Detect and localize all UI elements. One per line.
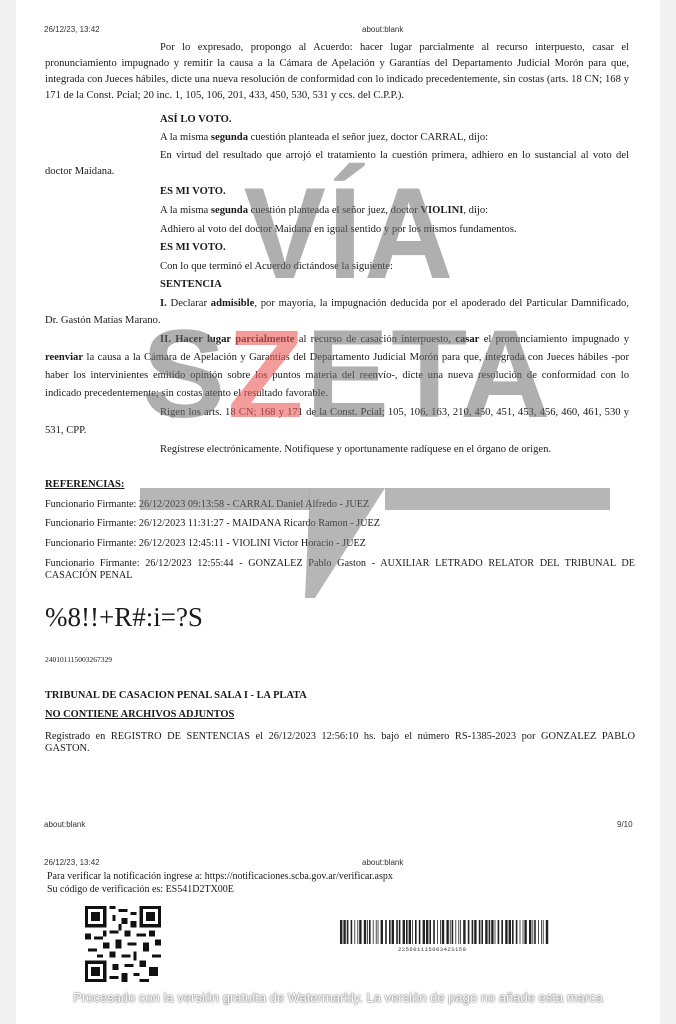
next-print-datetime: 26/12/23, 13:42: [44, 858, 100, 867]
footer-url: about:blank: [44, 820, 85, 829]
page-number: 9/10: [617, 820, 633, 829]
carral-vote: En virtud del resultado que arrojó el tr…: [45, 148, 629, 180]
print-datetime: 26/12/23, 13:42: [44, 25, 100, 34]
print-url: about:blank: [362, 25, 403, 34]
barcode-number: 22560111500342S150: [398, 946, 466, 953]
violini-intro: A la misma segunda cuestión planteada el…: [160, 203, 488, 219]
registro-text: Registrado en REGISTRO DE SENTENCIAS el …: [45, 731, 635, 755]
text: cuestión planteada el señor juez, doctor…: [248, 132, 488, 143]
con-lo-que: Con lo que terminó el Acuerdo dictándose…: [160, 259, 393, 275]
bold-text: I.: [160, 298, 167, 309]
carral-intro: A la misma segunda cuestión planteada el…: [160, 130, 488, 146]
bold-text: II. Hacer lugar parcialmente: [160, 334, 294, 345]
text: A la misma: [160, 132, 211, 143]
text: la causa a la Cámara de Apelación y Gara…: [45, 352, 629, 399]
signer-row: Funcionario Firmante: 26/12/2023 09:13:5…: [45, 499, 635, 511]
referencias-heading: REFERENCIAS:: [45, 477, 124, 493]
verification-code: Su código de verificación es: ES541D2TX0…: [47, 884, 234, 896]
sentencia-point-2: II. Hacer lugar parcialmente al recurso …: [45, 331, 629, 403]
bold-text: segunda: [211, 205, 248, 216]
bold-text: casar: [455, 334, 479, 345]
bold-text: VIOLINI: [420, 205, 463, 216]
proposal-paragraph: Por lo expresado, propongo al Acuerdo: h…: [45, 40, 629, 104]
violini-vote: Adhiero al voto del doctor Maidana en ig…: [160, 222, 517, 238]
sentencia-point-1: I. Declarar admisible, por mayoría, la i…: [45, 295, 629, 329]
signer-row: Funcionario Firmante: 26/12/2023 12:55:4…: [45, 558, 635, 582]
text: al recurso de casación interpuesto,: [294, 334, 455, 345]
no-adjuntos: NO CONTIENE ARCHIVOS ADJUNTOS: [45, 707, 234, 723]
signer-row: Funcionario Firmante: 26/12/2023 12:45:1…: [45, 538, 635, 550]
next-print-url: about:blank: [362, 858, 403, 867]
bold-text: segunda: [211, 132, 248, 143]
sentencia-heading: SENTENCIA: [160, 277, 222, 293]
es-mi-voto-1: ES MI VOTO.: [160, 184, 226, 200]
asi-lo-voto: ASÍ LO VOTO.: [160, 112, 232, 128]
verify-link-text: Para verificar la notificación ingrese a…: [47, 871, 393, 883]
qr-code-icon: [84, 906, 162, 982]
text: Declarar: [167, 298, 211, 309]
rigen-paragraph: Rigen los arts. 18 CN; 168 y 171 de la C…: [45, 404, 629, 440]
app-watermark: Procesado con la versión gratuita de Wat…: [0, 990, 676, 1005]
bold-text: reenviar: [45, 352, 83, 363]
text: A la misma: [160, 205, 211, 216]
text: , dijo:: [463, 205, 488, 216]
registrese-paragraph: Regístrese electrónicamente. Notifíquese…: [160, 442, 551, 458]
signer-row: Funcionario Firmante: 26/12/2023 11:31:2…: [45, 518, 635, 530]
text: cuestión planteada el señor juez, doctor: [248, 205, 420, 216]
tribunal-title: TRIBUNAL DE CASACION PENAL SALA I - LA P…: [45, 688, 307, 704]
text: el pronunciamiento impugnado y: [479, 334, 629, 345]
text: , por mayoría, la impugnación deducida p…: [45, 298, 629, 326]
es-mi-voto-2: ES MI VOTO.: [160, 240, 226, 256]
bold-text: admisible: [211, 298, 255, 309]
encoded-barcode-text: %8!!+R#:i=?S: [45, 602, 203, 633]
barcode-icon: [340, 920, 550, 944]
document-number: 240101115003267329: [45, 655, 112, 664]
